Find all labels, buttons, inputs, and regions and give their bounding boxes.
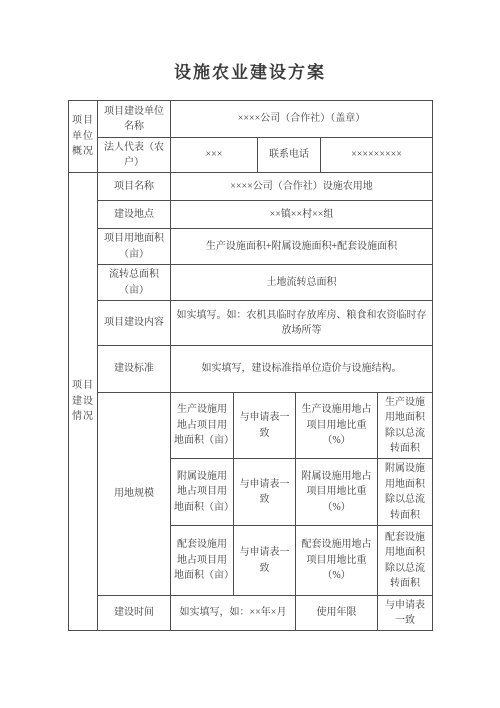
- phone-label: 联系电话: [258, 138, 321, 173]
- production-area-value: 与申请表一致: [234, 393, 296, 459]
- supporting-area-value: 与申请表一致: [234, 526, 296, 596]
- build-content-value: 如实填写。如：农机具临时存放库房、粮食和农资临时存放场所等: [171, 301, 433, 346]
- table-row: 用地规模 生产设施用地占项目用地面积（亩） 与申请表一致 生产设施用地占项目用地…: [69, 393, 433, 459]
- table-row: 建设地点 ××镇××村××组: [69, 201, 433, 229]
- supporting-area-label: 配套设施用地占项目用地面积（亩）: [171, 526, 234, 596]
- build-content-label: 项目建设内容: [98, 301, 171, 346]
- production-area-label: 生产设施用地占项目用地面积（亩）: [171, 393, 234, 459]
- auxiliary-ratio-value: 附属设施用地面积除以总流转面积: [378, 459, 433, 526]
- table-row: 项目单位概况 项目建设单位名称 ××××公司（合作社）（盖章）: [69, 101, 433, 138]
- project-name-label: 项目名称: [98, 173, 171, 201]
- transfer-area-label: 流转总面积（亩）: [98, 265, 171, 301]
- build-standard-value: 如实填写，建设标准指单位造价与设施结构。: [171, 346, 433, 393]
- production-ratio-value: 生产设施用地面积除以总流转面积: [378, 393, 433, 459]
- land-area-label: 项目用地面积（亩）: [98, 229, 171, 265]
- build-time-value: 如实填写，如：××年×月: [171, 596, 296, 631]
- table-row: 建设标准 如实填写，建设标准指单位造价与设施结构。: [69, 346, 433, 393]
- location-value: ××镇××村××组: [171, 201, 433, 229]
- auxiliary-area-label: 附属设施用地占项目用地面积（亩）: [171, 459, 234, 526]
- legal-rep-value: ×××: [171, 138, 258, 173]
- section-build-status-label: 项目建设情况: [69, 173, 98, 631]
- unit-name-label: 项目建设单位名称: [98, 101, 171, 138]
- land-area-value: 生产设施面积+附属设施面积+配套设施面积: [171, 229, 433, 265]
- table-row: 项目建设情况 项目名称 ××××公司（合作社）设施农用地: [69, 173, 433, 201]
- use-years-value: 与申请表一致: [378, 596, 433, 631]
- auxiliary-area-value: 与申请表一致: [234, 459, 296, 526]
- table-row: 项目用地面积（亩） 生产设施面积+附属设施面积+配套设施面积: [69, 229, 433, 265]
- page-title: 设施农业建设方案: [0, 58, 500, 83]
- supporting-ratio-value: 配套设施用地面积除以总流转面积: [378, 526, 433, 596]
- build-standard-label: 建设标准: [98, 346, 171, 393]
- table-row: 流转总面积（亩） 土地流转总面积: [69, 265, 433, 301]
- location-label: 建设地点: [98, 201, 171, 229]
- build-time-label: 建设时间: [98, 596, 171, 631]
- project-name-value: ××××公司（合作社）设施农用地: [171, 173, 433, 201]
- table-row: 项目建设内容 如实填写。如：农机具临时存放库房、粮食和农资临时存放场所等: [69, 301, 433, 346]
- supporting-ratio-label: 配套设施用地占项目用地比重（%）: [296, 526, 378, 596]
- facility-agriculture-plan-table: 项目单位概况 项目建设单位名称 ××××公司（合作社）（盖章） 法人代表（农户）…: [68, 100, 433, 631]
- table-row: 建设时间 如实填写，如：××年×月 使用年限 与申请表一致: [69, 596, 433, 631]
- legal-rep-label: 法人代表（农户）: [98, 138, 171, 173]
- unit-name-value: ××××公司（合作社）（盖章）: [171, 101, 433, 138]
- document-page: 设施农业建设方案 项目单位概况 项目建设单位名称 ××××公司（合作社）（盖章）…: [0, 0, 500, 708]
- production-ratio-label: 生产设施用地占项目用地比重（%）: [296, 393, 378, 459]
- auxiliary-ratio-label: 附属设施用地占项目用地比重（%）: [296, 459, 378, 526]
- section-unit-overview-label: 项目单位概况: [69, 101, 98, 173]
- phone-value: ×××××××××: [321, 138, 433, 173]
- transfer-area-value: 土地流转总面积: [171, 265, 433, 301]
- usage-scale-label: 用地规模: [98, 393, 171, 596]
- use-years-label: 使用年限: [296, 596, 378, 631]
- table-row: 法人代表（农户） ××× 联系电话 ×××××××××: [69, 138, 433, 173]
